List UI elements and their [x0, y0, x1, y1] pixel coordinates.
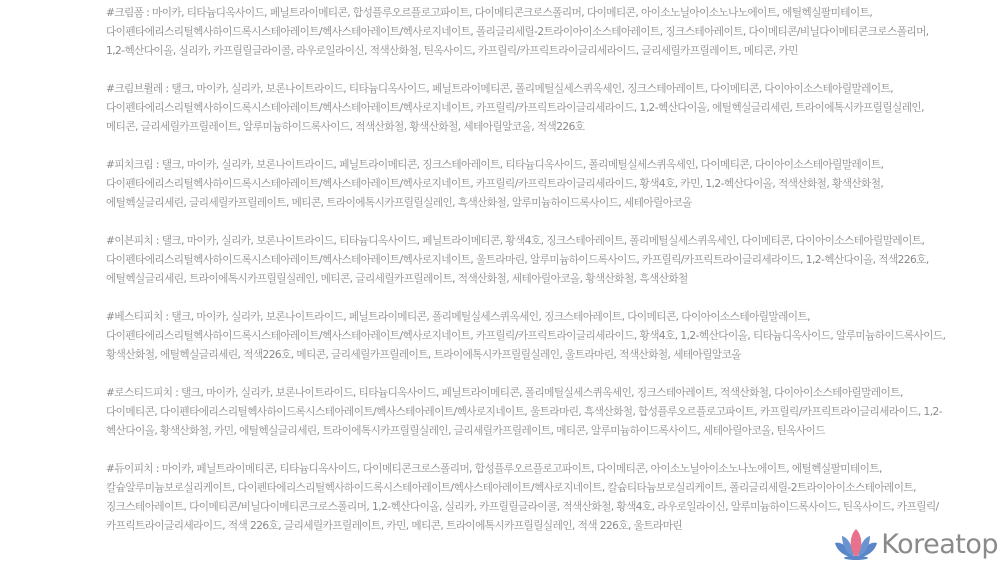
koreatop-watermark: Koreatop: [833, 524, 998, 564]
ingredient-paragraph-roasted-peach: #로스티드피치 : 탤크, 마이카, 실리카, 보론나이트라이드, 티타늄디옥사…: [106, 384, 948, 441]
ingredient-paragraph-vesti-peach: #베스티피치 : 탤크, 마이카, 실리카, 보론나이트라이드, 페닐트라이메티…: [106, 308, 948, 365]
ingredient-document: #크림폼 : 마이카, 티타늄디옥사이드, 페닐트라이메티콘, 합성플루오르플로…: [106, 4, 948, 555]
ingredient-paragraph-cream-foam: #크림폼 : 마이카, 티타늄디옥사이드, 페닐트라이메티콘, 합성플루오르플로…: [106, 4, 948, 61]
ingredient-paragraph-peach-cream: #피치크림 : 탤크, 마이카, 실리카, 보론나이트라이드, 페닐트라이메티콘…: [106, 156, 948, 213]
lotus-icon: [833, 527, 879, 561]
watermark-text: Koreatop: [881, 529, 998, 560]
ingredient-paragraph-cream-brulee: #크림브륄레 : 탤크, 마이카, 실리카, 보론나이트라이드, 티타늄디옥사이…: [106, 80, 948, 137]
ingredient-paragraph-even-peach: #이븐피치 : 탤크, 마이카, 실리카, 보론나이트라이드, 티타늄디옥사이드…: [106, 232, 948, 289]
ingredient-paragraph-dewy-peach: #듀이피치 : 마이카, 페닐트라이메티콘, 티타늄디옥사이드, 다이메티콘크로…: [106, 460, 948, 536]
